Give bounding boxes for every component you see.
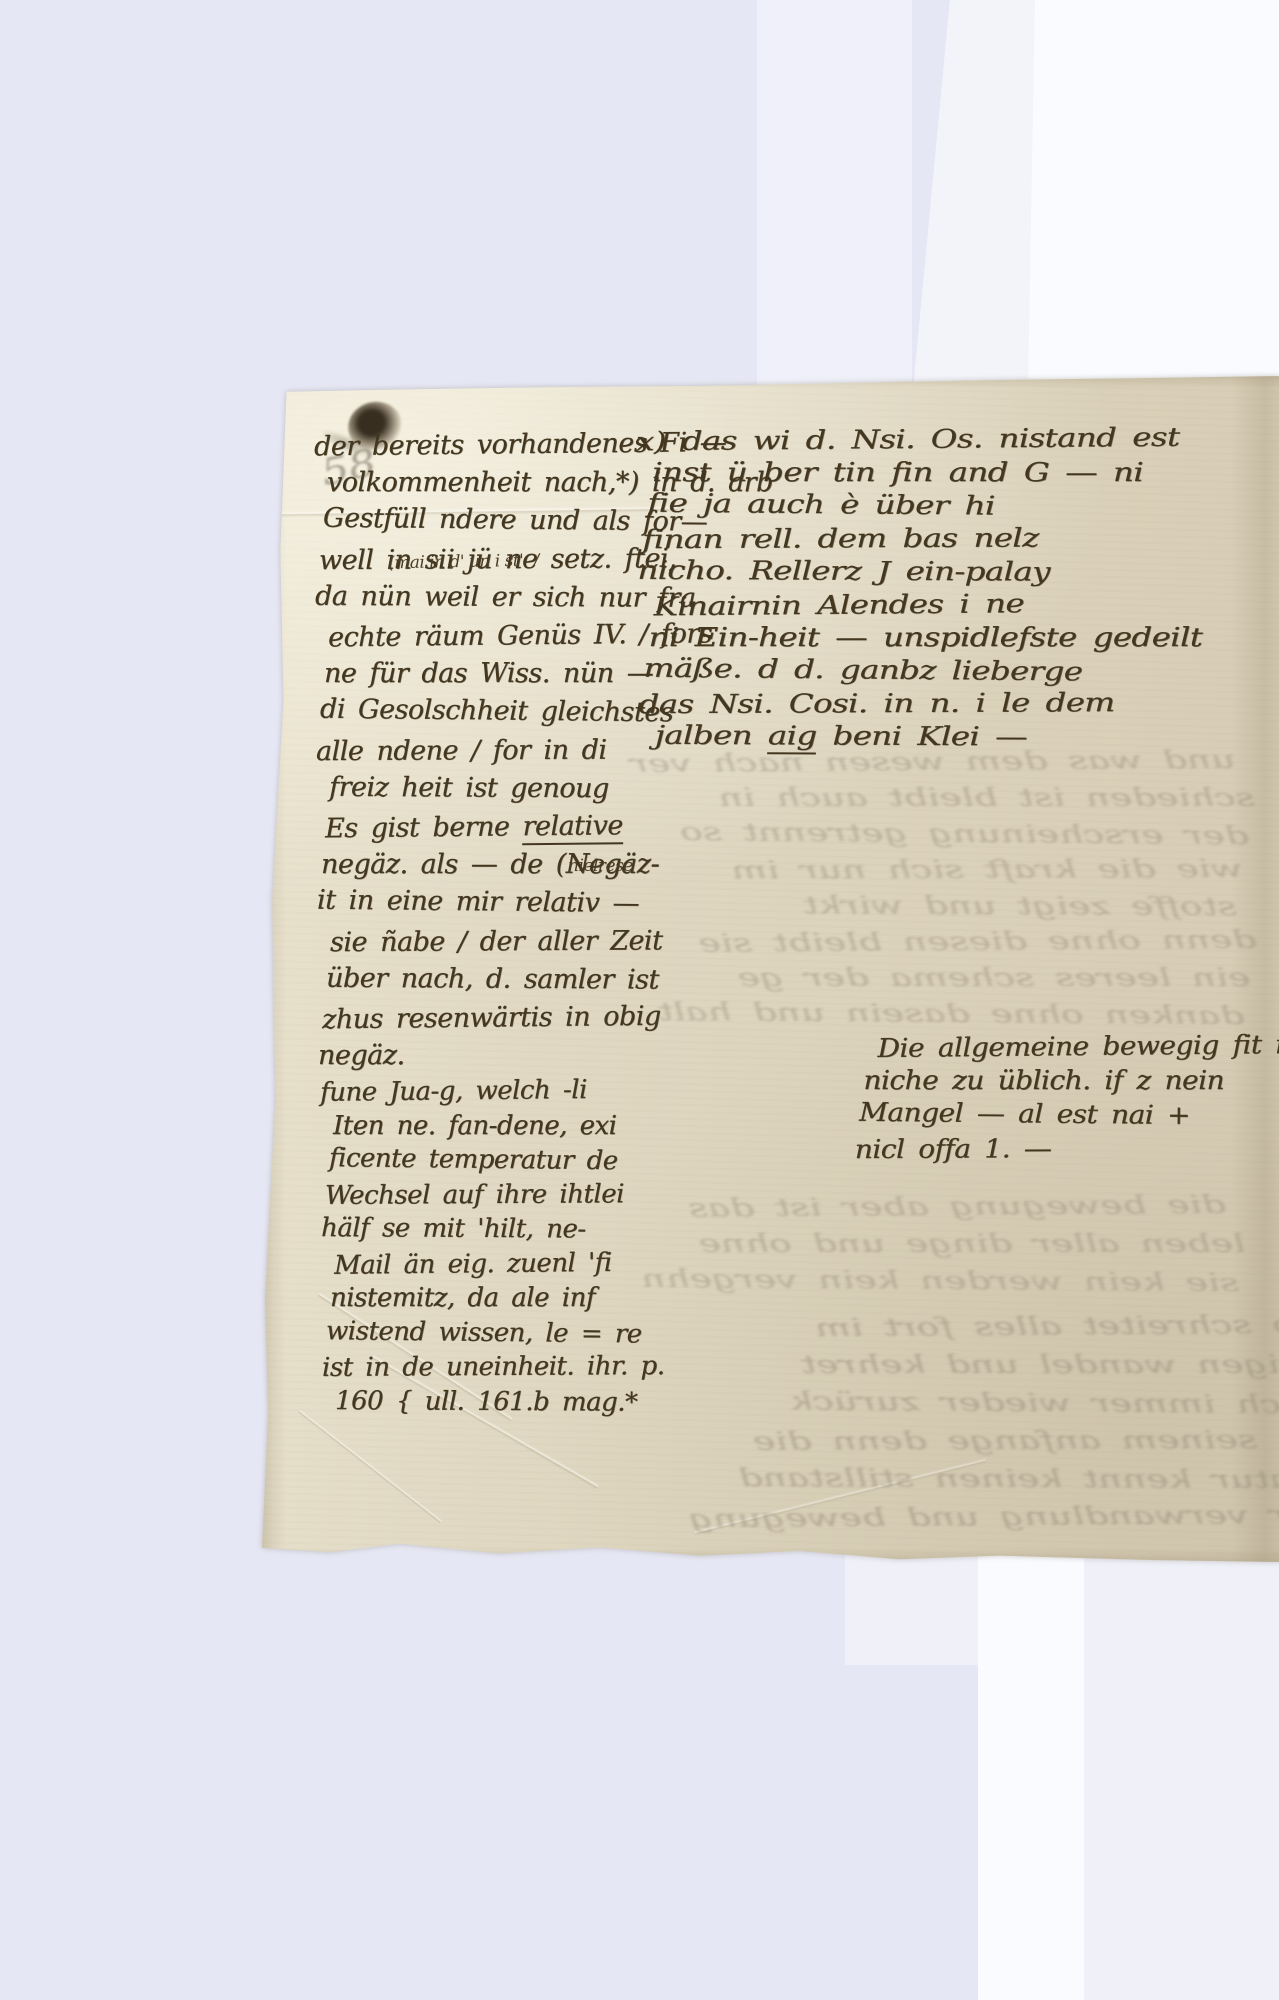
handwriting-line: Iten ne. fan-dene, exi [333,1109,675,1144]
handwriting-line: negäz. [318,1037,764,1075]
handwriting-line: nicho. Rellerz J ein-palay [637,555,1191,590]
interlinear-insert: nielrese [568,856,633,876]
handwriting-line: freiz heit ist genoug [329,769,775,810]
handwriting-line: ist in de uneinheit. ihr. p. [322,1349,665,1385]
bleedthrough-line: nur verwandlung und bewegung [689,1496,1279,1539]
handwriting-line: negäz. als — de (Negäz- [321,846,767,884]
handwriting-line: über nach, d. samler ist [326,960,772,1001]
handwriting-line: mäße. d d. ganbz lieberge [643,653,1197,691]
bleedthrough-line: ewigen wandel und kehret [688,1346,1279,1384]
handwriting-line: Kinairnin Alendes i ne [653,587,1207,625]
bleedthrough-line: die bewegung aber ist das [628,1186,1226,1227]
bleedthrough-line: doch immer wieder zurück [681,1382,1279,1425]
bleedthrough-line: sie kein werden kein vergehn [641,1260,1239,1301]
right-column-note-paragraph: Die allgemeine bewegig fit inniche zu üb… [858,1030,1279,1166]
handwriting-line: ficente temperatur de [329,1141,672,1179]
handwriting-line: nistemitz, da ale inf [330,1281,672,1316]
handwriting-line: x) das wi d. Nsi. Os. nistand est [636,422,1190,460]
handwriting-line: Die allgemeine bewegig fit in [877,1028,1279,1066]
handwriting-line: Mail än eig. zuenl 'fi [334,1245,677,1283]
bleedthrough-lower: so schreitet alles fort imewigen wandel … [680,1308,1279,1536]
handwriting-line: zhus resenwärtis in obig [322,997,768,1040]
handwriting-line: nicl offa 1. — [855,1131,1279,1167]
handwriting-line: niche zu üblich. if z nein [863,1064,1279,1098]
handwriting-line: ni Ein-heit — unspidlefste gedeilt [649,622,1203,655]
handwriting-line: das Nsi. Cosi. in n. i le dem [638,687,1192,722]
bleedthrough-line: so schreitet alles fort im [668,1306,1279,1349]
handwriting-line: 160 { ull. 161.b mag.* [335,1384,678,1420]
paper-crease [298,1409,443,1524]
bleedthrough-line: leben aller dinge und ohne [648,1225,1246,1262]
handwriting-line: Es gist berne relative [325,806,771,849]
paper-edge-shadow-top [260,374,1279,388]
paper-edge-shadow-left [260,374,286,1564]
handwriting-line: fie ja auch è über hi [647,488,1201,526]
handwriting-line: wistend wissen, le = re [326,1314,669,1352]
bleedthrough-middle: die bewegung aber ist dasleben aller din… [640,1188,1238,1299]
handwriting-line: Wechsel auf ihre ihtlei [325,1177,668,1213]
handwriting-line: Mangel — al est nai + [859,1096,1279,1134]
bleedthrough-line: natur kennt keinen stillstand [669,1459,1279,1499]
handwriting-line: finan rell. dem bas nelz [642,522,1196,557]
handwriting-line: fune Jua-g, welch -li [320,1072,663,1110]
scan-canvas: { "scan": { "background_color": "#e6e7f4… [0,0,1279,2000]
handwriting-line: it in eine mir relativ — [317,882,763,925]
right-column-footnote-paragraph: x) das wi d. Nsi. Os. nistand estinst ü … [646,424,1200,754]
manuscript-page: 58 und was dem wesen nach verschieden is… [260,374,1279,1564]
handwriting-line: hälf se mit 'hilt, ne- [321,1211,664,1247]
bleedthrough-line: zu seinem anfange denn die [675,1421,1279,1461]
handwriting-line: inst ü ber tin fin and G — ni [652,457,1206,490]
left-column-closing-paragraph: fune Jua-g, welch -liIten ne. fan-dene, … [328,1074,670,1419]
interlinear-insert: (mai in d' un i st' -/ [388,551,539,574]
paper-edge-shadow-bottom [260,1548,1279,1564]
handwriting-line: sie ñabe / der aller Zeit [330,921,776,962]
manuscript-wrap: 58 und was dem wesen nach verschieden is… [0,0,1279,2000]
handwriting-line: jalben aig beni Klei — [655,720,1209,755]
